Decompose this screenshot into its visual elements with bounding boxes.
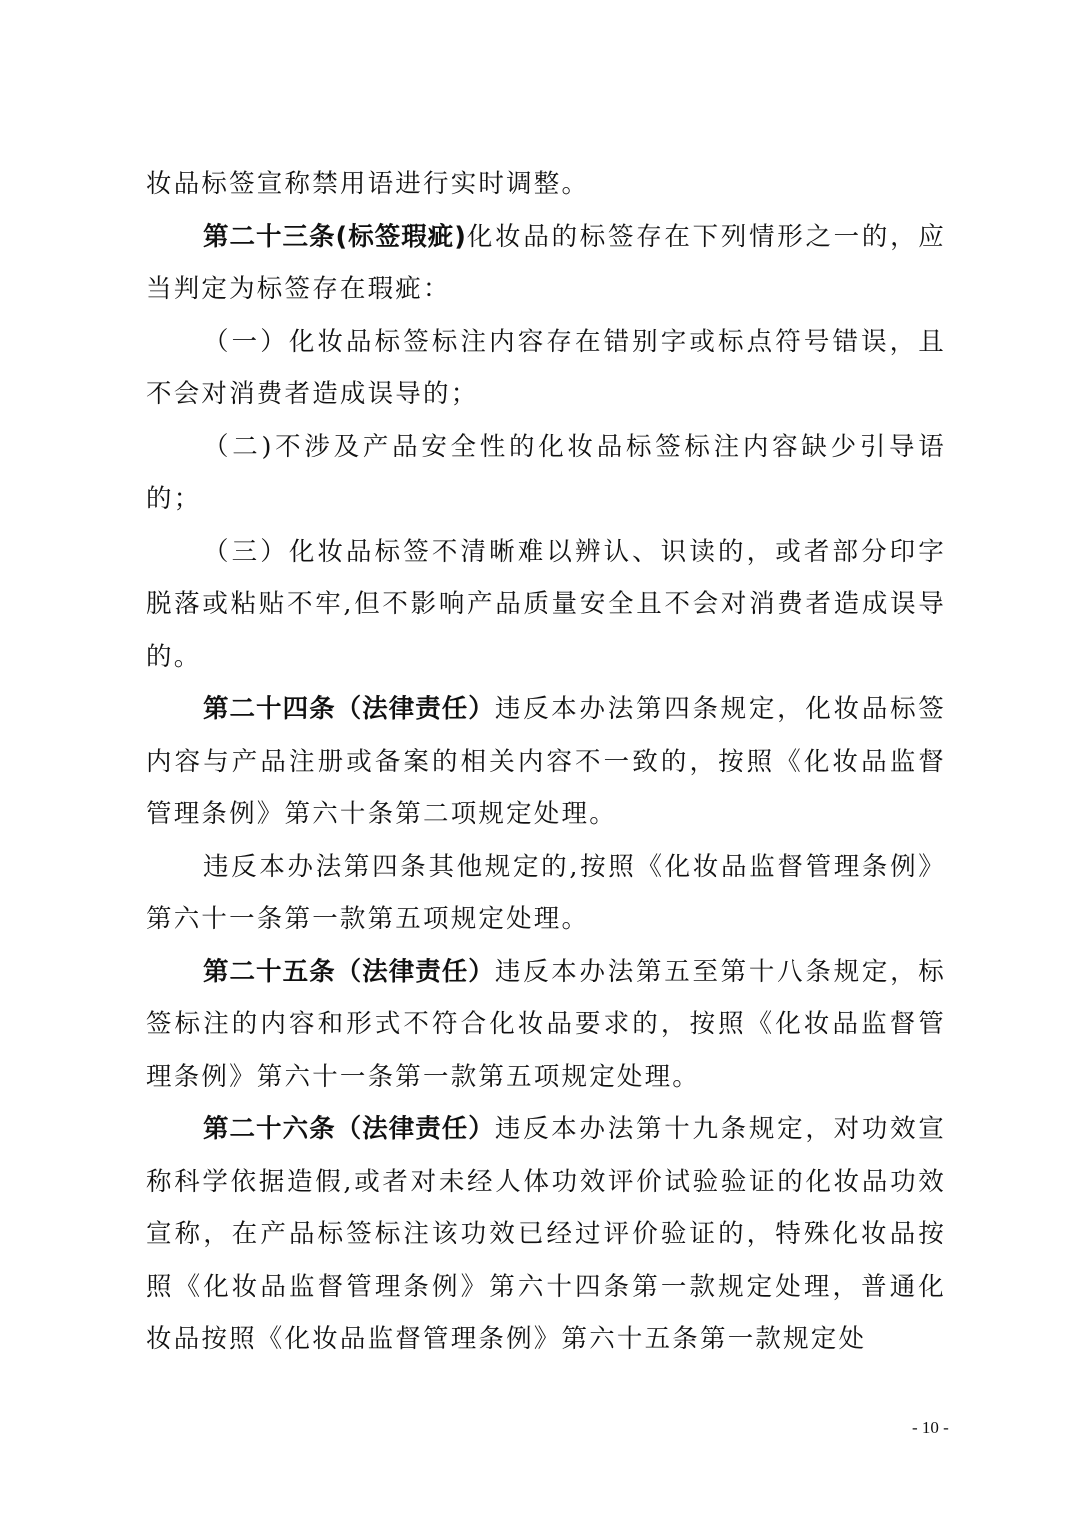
article-23-item-1: （一）化妆品标签标注内容存在错别字或标点符号错误，且不会对消费者造成误导的；: [146, 316, 946, 421]
document-page-body: 妆品标签宣称禁用语进行实时调整。 第二十三条(标签瑕疵)化妆品的标签存在下列情形…: [146, 158, 946, 1366]
article-23-item-3: （三）化妆品标签不清晰难以辨认、识读的，或者部分印字脱落或粘贴不牢,但不影响产品…: [146, 526, 946, 684]
page-number: - 10 -: [912, 1418, 949, 1438]
article-23-item-2: （二)不涉及产品安全性的化妆品标签标注内容缺少引导语的；: [146, 421, 946, 526]
article-text: 违反本办法第十九条规定，对功效宣称科学依据造假,或者对未经人体功效评价试验验证的…: [146, 1114, 946, 1354]
article-heading: 第二十三条(标签瑕疵): [203, 222, 466, 252]
article-24: 第二十四条（法律责任）违反本办法第四条规定，化妆品标签内容与产品注册或备案的相关…: [146, 683, 946, 841]
paragraph-text: 违反本办法第四条其他规定的,按照《化妆品监督管理条例》第六十一条第一款第五项规定…: [146, 852, 946, 935]
article-25: 第二十五条（法律责任）违反本办法第五至第十八条规定，标签标注的内容和形式不符合化…: [146, 946, 946, 1104]
list-item-text: （一）化妆品标签标注内容存在错别字或标点符号错误，且不会对消费者造成误导的；: [146, 327, 946, 410]
article-heading: 第二十五条（法律责任）: [203, 957, 495, 987]
list-item-text: （三）化妆品标签不清晰难以辨认、识读的，或者部分印字脱落或粘贴不牢,但不影响产品…: [146, 537, 946, 672]
article-heading: 第二十六条（法律责任）: [203, 1114, 495, 1144]
article-23: 第二十三条(标签瑕疵)化妆品的标签存在下列情形之一的，应当判定为标签存在瑕疵：: [146, 211, 946, 316]
paragraph-continuation: 妆品标签宣称禁用语进行实时调整。: [146, 158, 946, 211]
article-26: 第二十六条（法律责任）违反本办法第十九条规定，对功效宣称科学依据造假,或者对未经…: [146, 1103, 946, 1366]
paragraph-text: 妆品标签宣称禁用语进行实时调整。: [146, 169, 589, 199]
list-item-text: （二)不涉及产品安全性的化妆品标签标注内容缺少引导语的；: [146, 432, 946, 515]
article-24-paragraph-2: 违反本办法第四条其他规定的,按照《化妆品监督管理条例》第六十一条第一款第五项规定…: [146, 841, 946, 946]
article-heading: 第二十四条（法律责任）: [203, 694, 495, 724]
